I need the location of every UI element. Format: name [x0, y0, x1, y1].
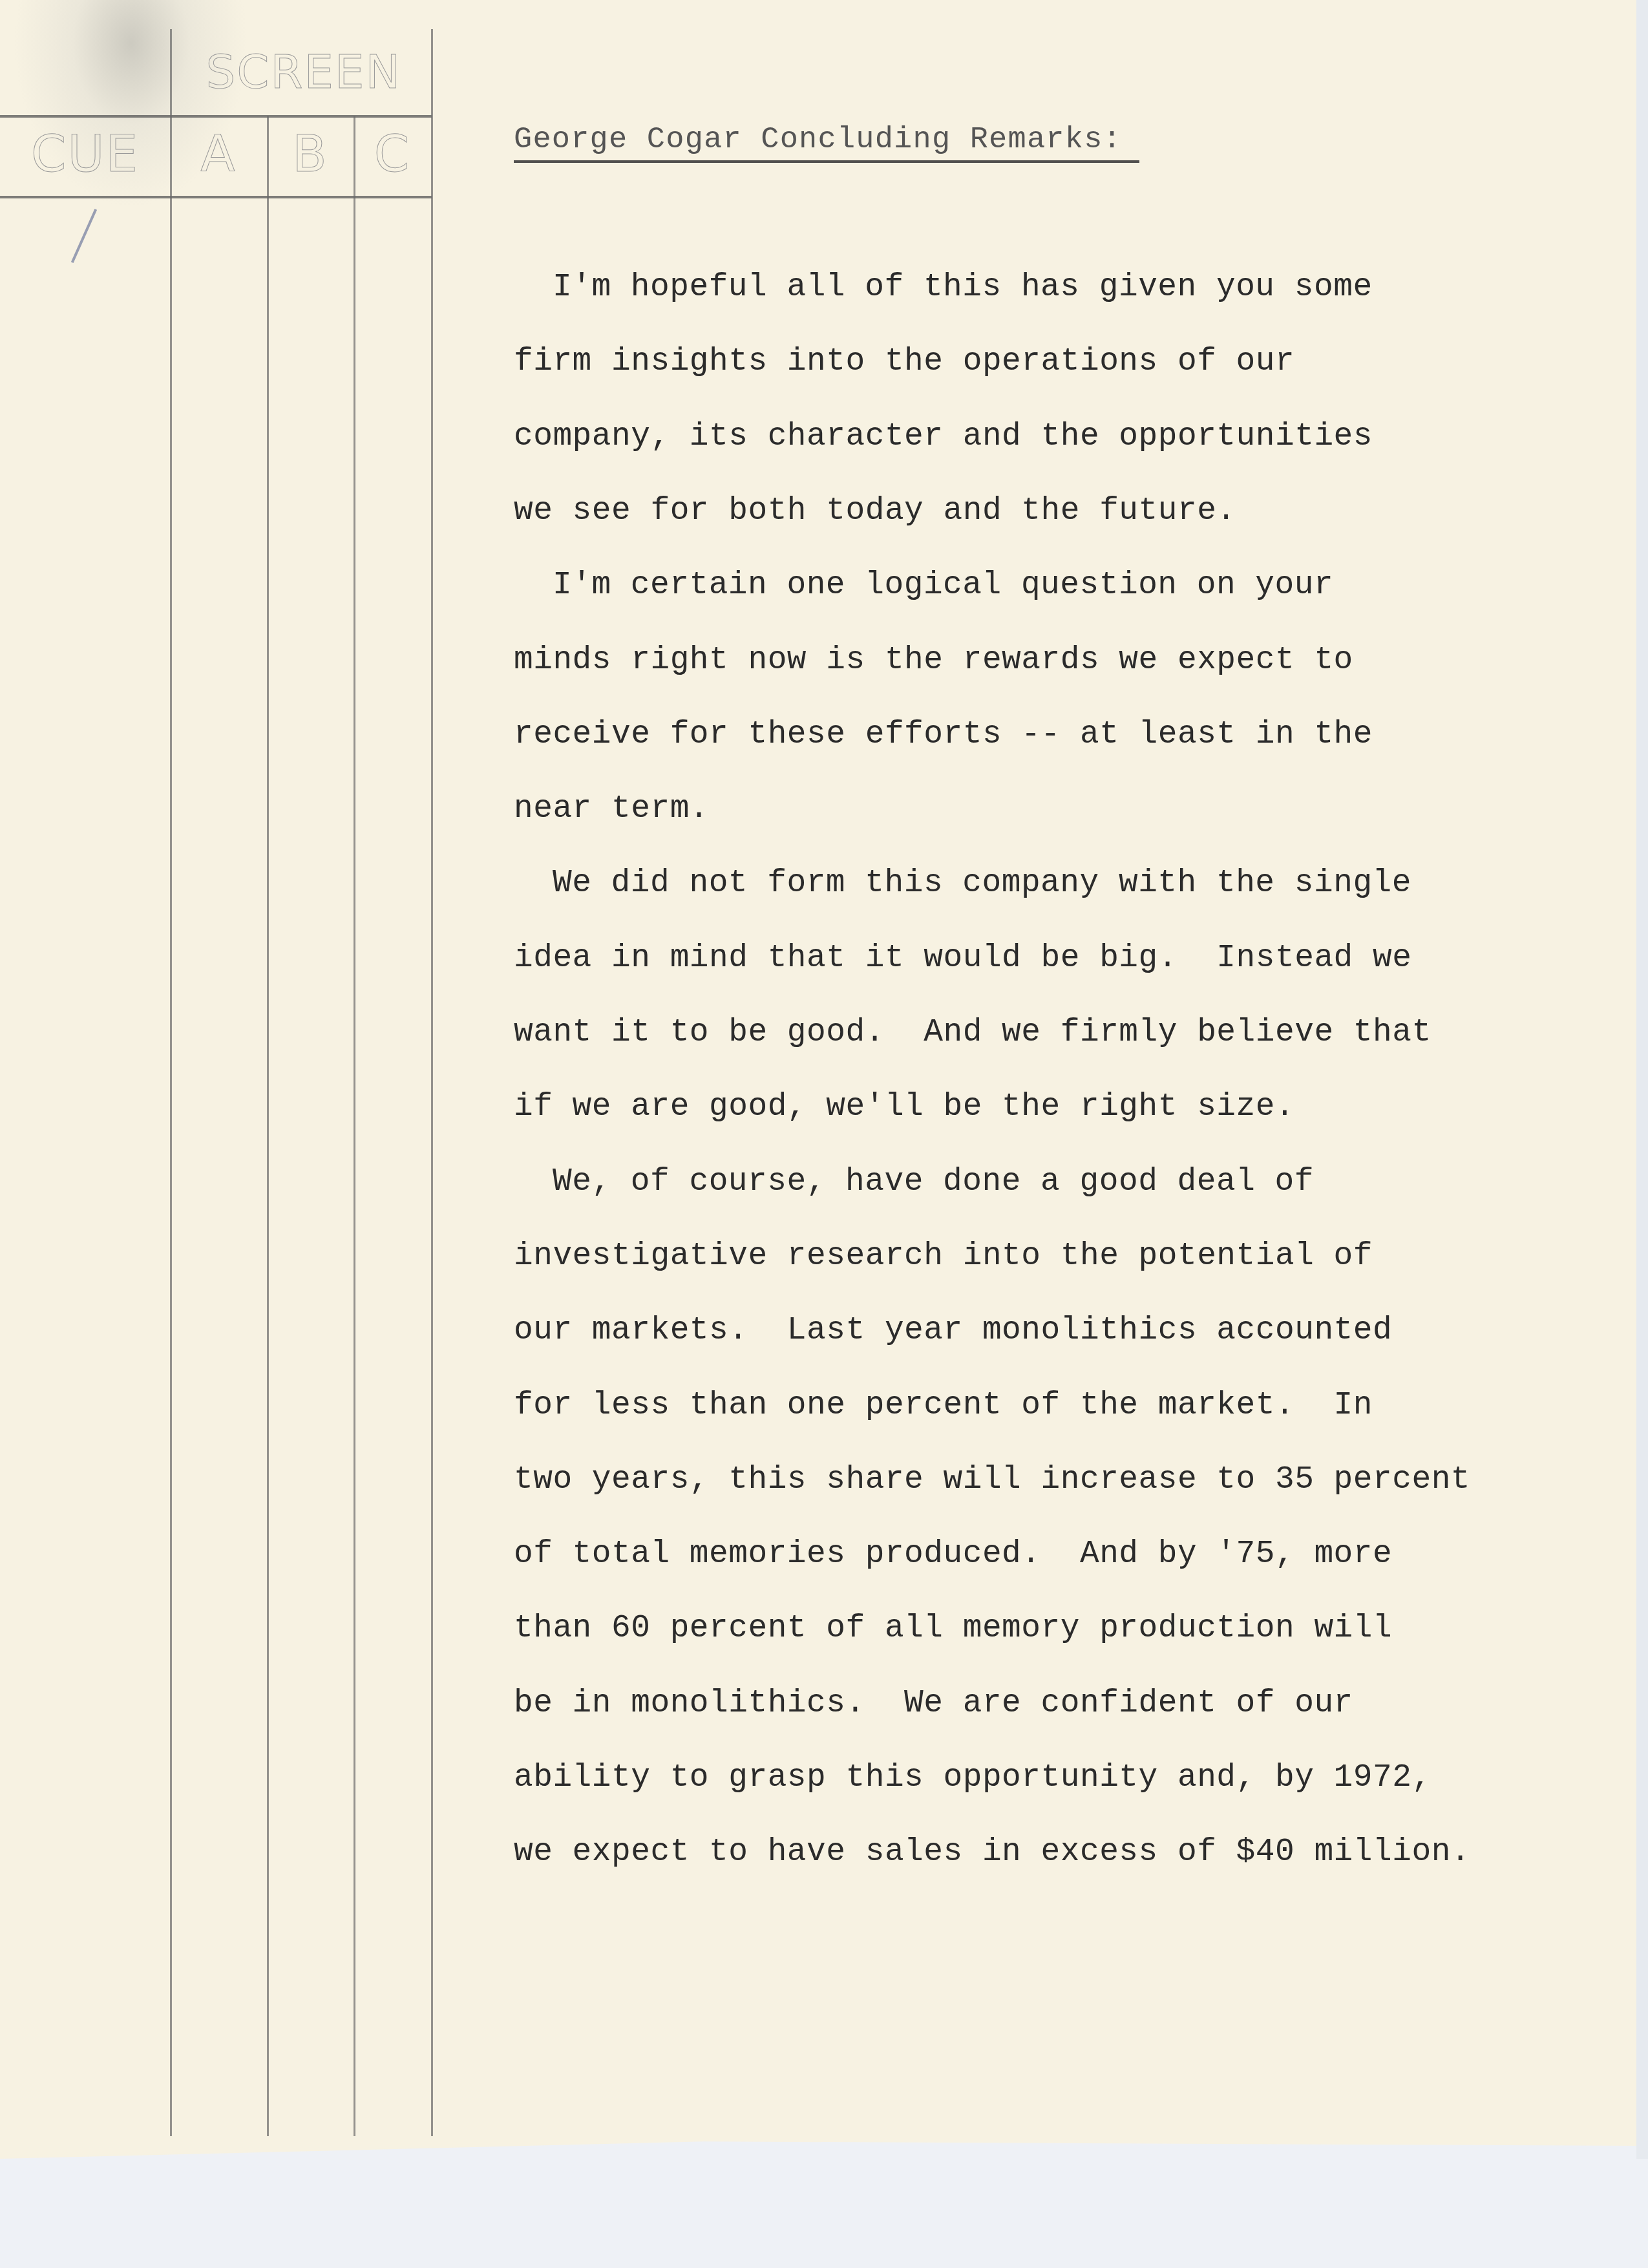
typed-line: of total memories produced. And by '75, …	[514, 1538, 1392, 1571]
grid-column-divider-c	[431, 29, 433, 2136]
typed-line: for less than one percent of the market.…	[514, 1390, 1373, 1422]
typed-line: I'm certain one logical question on your	[553, 569, 1333, 602]
typed-line: investigative research into the potentia…	[514, 1240, 1373, 1273]
typed-line: want it to be good. And we firmly believ…	[514, 1017, 1431, 1049]
typed-line: We did not form this company with the si…	[553, 867, 1411, 900]
title-underline	[514, 160, 1139, 163]
screen-header-label: SCREEN	[187, 48, 420, 95]
grid-column-divider-b	[354, 116, 355, 2136]
typed-line: than 60 percent of all memory production…	[514, 1613, 1392, 1645]
typed-line: be in monolithics. We are confident of o…	[514, 1688, 1353, 1720]
typed-line: minds right now is the rewards we expect…	[514, 644, 1353, 677]
typed-line: We, of course, have done a good deal of	[553, 1166, 1314, 1198]
typed-line: firm insights into the operations of our	[514, 346, 1294, 378]
typed-line: two years, this share will increase to 3…	[514, 1464, 1470, 1496]
column-header-a: A	[170, 129, 267, 180]
typed-line: near term.	[514, 793, 709, 825]
typed-line: our markets. Last year monolithics accou…	[514, 1315, 1392, 1347]
scanner-background	[0, 2133, 1648, 2268]
column-header-c: C	[354, 129, 431, 180]
grid-column-divider-a	[267, 116, 269, 2136]
typed-line: ability to grasp this opportunity and, b…	[514, 1762, 1431, 1794]
typed-line: I'm hopeful all of this has given you so…	[553, 271, 1373, 304]
document-title: George Cogar Concluding Remarks:	[514, 123, 1122, 157]
typed-line: idea in mind that it would be big. Inste…	[514, 942, 1411, 975]
typed-line: receive for these efforts -- at least in…	[514, 719, 1373, 751]
typed-line: if we are good, we'll be the right size.	[514, 1091, 1294, 1123]
grid-rule-header-bottom	[0, 196, 432, 198]
typed-line: we expect to have sales in excess of $40…	[514, 1836, 1470, 1869]
grid-rule-top	[0, 115, 432, 118]
grid-column-divider-cue	[170, 29, 172, 2136]
column-header-cue: CUE	[0, 129, 170, 180]
scanner-edge	[1636, 0, 1648, 2159]
column-header-b: B	[267, 129, 354, 180]
pen-mark	[71, 209, 97, 263]
typed-line: company, its character and the opportuni…	[514, 421, 1373, 453]
typed-line: we see for both today and the future.	[514, 495, 1236, 527]
paper-sheet: SCREEN CUE A B C George Cogar Concluding…	[0, 0, 1636, 2159]
